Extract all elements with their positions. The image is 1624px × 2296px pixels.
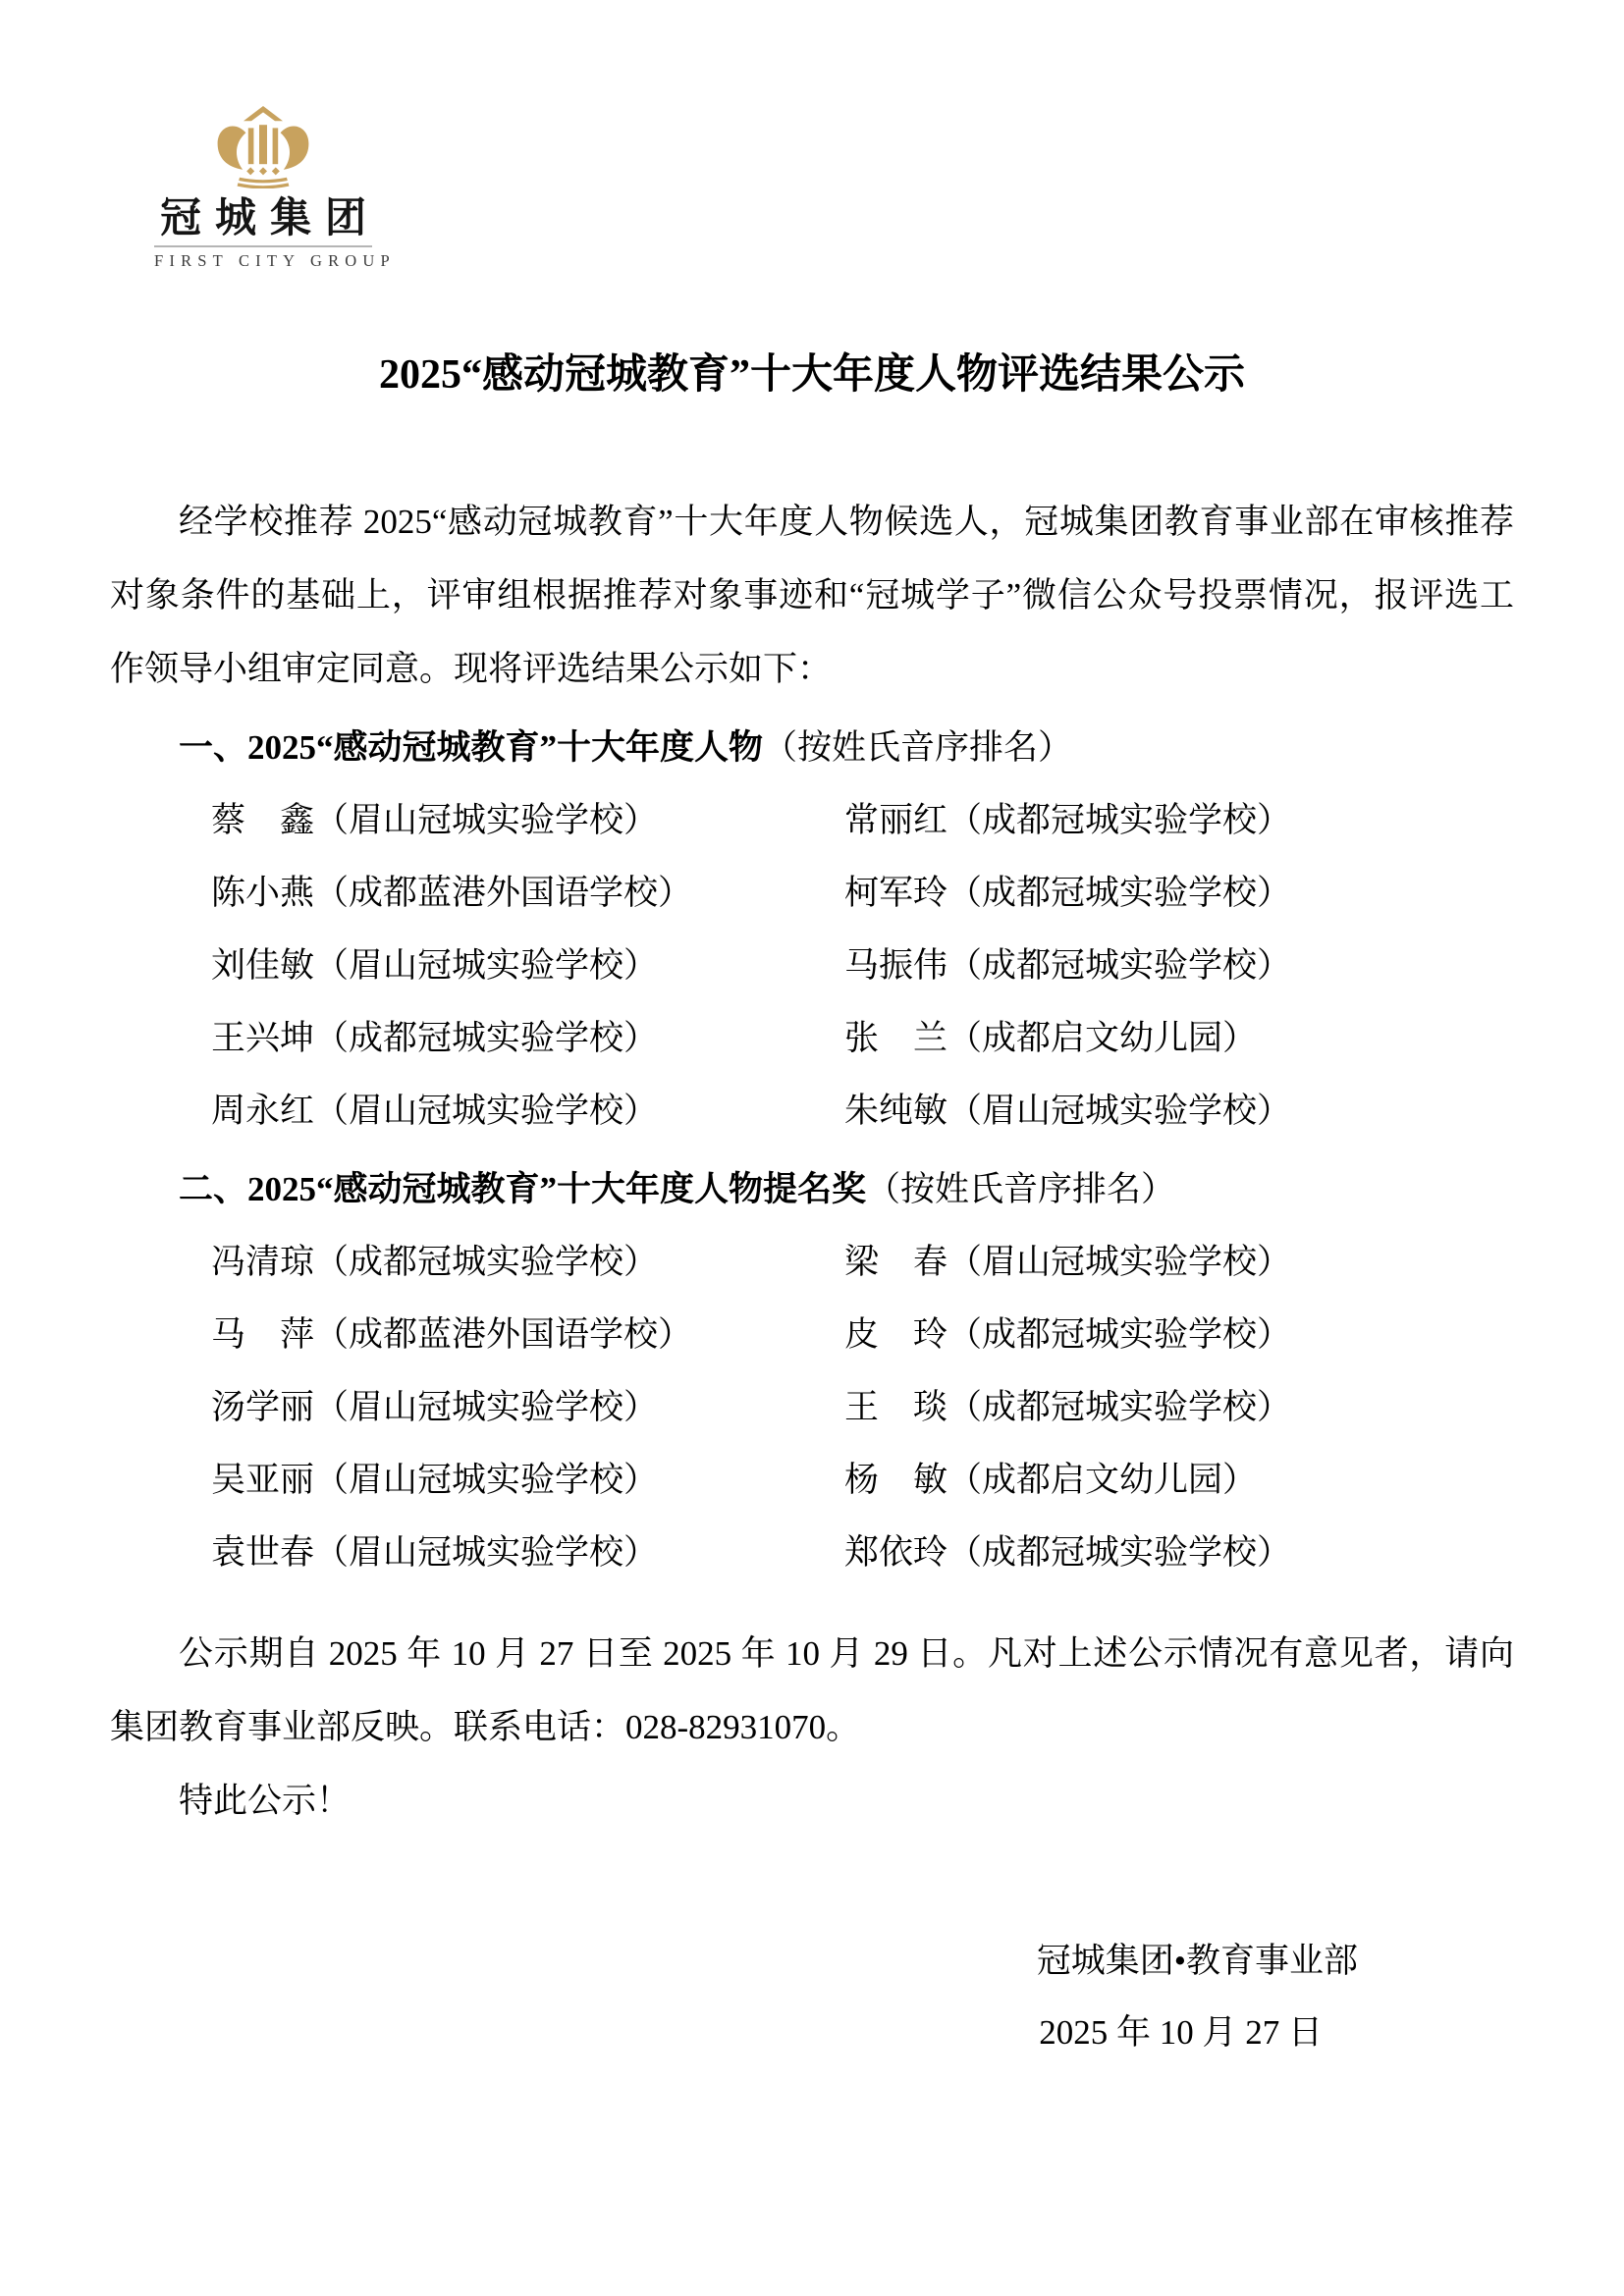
awardee: 刘佳敏（眉山冠城实验学校） bbox=[211, 930, 844, 1002]
awardee: 王兴坤（成都冠城实验学校） bbox=[211, 1002, 844, 1075]
name-row: 汤学丽（眉山冠城实验学校） 王 琰（成都冠城实验学校） bbox=[110, 1371, 1514, 1444]
signature: 冠城集团•教育事业部 bbox=[110, 1932, 1514, 1991]
awardee: 王 琰（成都冠城实验学校） bbox=[844, 1371, 1514, 1444]
logo-chinese-name: 冠城集团 bbox=[154, 194, 386, 243]
section-1-heading-note: （按姓氏音序排名） bbox=[763, 728, 1072, 767]
name-row: 马 萍（成都蓝港外国语学校） 皮 玲（成都冠城实验学校） bbox=[110, 1299, 1514, 1371]
name-row: 吴亚丽（眉山冠城实验学校） 杨 敏（成都启文幼儿园） bbox=[110, 1444, 1514, 1517]
section-2-heading: 二、2025“感动冠城教育”十大年度人物提名奖（按姓氏音序排名） bbox=[110, 1153, 1514, 1226]
awardee: 梁 春（眉山冠城实验学校） bbox=[844, 1226, 1514, 1299]
notice-line: 特此公示！ bbox=[110, 1764, 1514, 1838]
company-logo: 冠城集团 FIRST CITY GROUP bbox=[154, 106, 372, 271]
awardee: 柯军玲（成都冠城实验学校） bbox=[844, 857, 1514, 930]
awardee: 马振伟（成都冠城实验学校） bbox=[844, 930, 1514, 1002]
awardee: 马 萍（成都蓝港外国语学校） bbox=[211, 1299, 844, 1371]
section-2-heading-note: （按姓氏音序排名） bbox=[866, 1170, 1175, 1208]
awardee: 郑依玲（成都冠城实验学校） bbox=[844, 1517, 1514, 1589]
awardee: 陈小燕（成都蓝港外国语学校） bbox=[211, 857, 844, 930]
awardee: 常丽红（成都冠城实验学校） bbox=[844, 784, 1514, 857]
name-row: 袁世春（眉山冠城实验学校） 郑依玲（成都冠城实验学校） bbox=[110, 1517, 1514, 1589]
document-date: 2025 年 10 月 27 日 bbox=[110, 2008, 1514, 2057]
logo-english-name: FIRST CITY GROUP bbox=[154, 251, 378, 271]
name-row: 冯清琼（成都冠城实验学校） 梁 春（眉山冠城实验学校） bbox=[110, 1226, 1514, 1299]
awardee: 杨 敏（成都启文幼儿园） bbox=[844, 1444, 1514, 1517]
awardee: 周永红（眉山冠城实验学校） bbox=[211, 1075, 844, 1148]
section-1-heading-text: 一、2025“感动冠城教育”十大年度人物 bbox=[179, 728, 763, 767]
awardee: 吴亚丽（眉山冠城实验学校） bbox=[211, 1444, 844, 1517]
name-row: 刘佳敏（眉山冠城实验学校） 马振伟（成都冠城实验学校） bbox=[110, 930, 1514, 1002]
section-2-heading-text: 二、2025“感动冠城教育”十大年度人物提名奖 bbox=[179, 1170, 866, 1208]
name-row: 周永红（眉山冠城实验学校） 朱纯敏（眉山冠城实验学校） bbox=[110, 1075, 1514, 1148]
name-row: 陈小燕（成都蓝港外国语学校） 柯军玲（成都冠城实验学校） bbox=[110, 857, 1514, 930]
awardee: 皮 玲（成都冠城实验学校） bbox=[844, 1299, 1514, 1371]
awardee: 袁世春（眉山冠城实验学校） bbox=[211, 1517, 844, 1589]
document-page: 冠城集团 FIRST CITY GROUP 2025“感动冠城教育”十大年度人物… bbox=[0, 0, 1624, 2296]
intro-paragraph: 经学校推荐 2025“感动冠城教育”十大年度人物候选人，冠城集团教育事业部在审核… bbox=[110, 485, 1514, 706]
awardee: 张 兰（成都启文幼儿园） bbox=[844, 1002, 1514, 1075]
awardee: 汤学丽（眉山冠城实验学校） bbox=[211, 1371, 844, 1444]
awardee: 蔡 鑫（眉山冠城实验学校） bbox=[211, 784, 844, 857]
crown-icon bbox=[216, 106, 310, 188]
name-row: 蔡 鑫（眉山冠城实验学校） 常丽红（成都冠城实验学校） bbox=[110, 784, 1514, 857]
page-title: 2025“感动冠城教育”十大年度人物评选结果公示 bbox=[110, 349, 1514, 400]
section-1-heading: 一、2025“感动冠城教育”十大年度人物（按姓氏音序排名） bbox=[110, 712, 1514, 784]
closing-paragraph: 公示期自 2025 年 10 月 27 日至 2025 年 10 月 29 日。… bbox=[110, 1617, 1514, 1764]
awardee: 朱纯敏（眉山冠城实验学校） bbox=[844, 1075, 1514, 1148]
awardee: 冯清琼（成都冠城实验学校） bbox=[211, 1226, 844, 1299]
name-row: 王兴坤（成都冠城实验学校） 张 兰（成都启文幼儿园） bbox=[110, 1002, 1514, 1075]
logo-divider bbox=[154, 245, 372, 247]
